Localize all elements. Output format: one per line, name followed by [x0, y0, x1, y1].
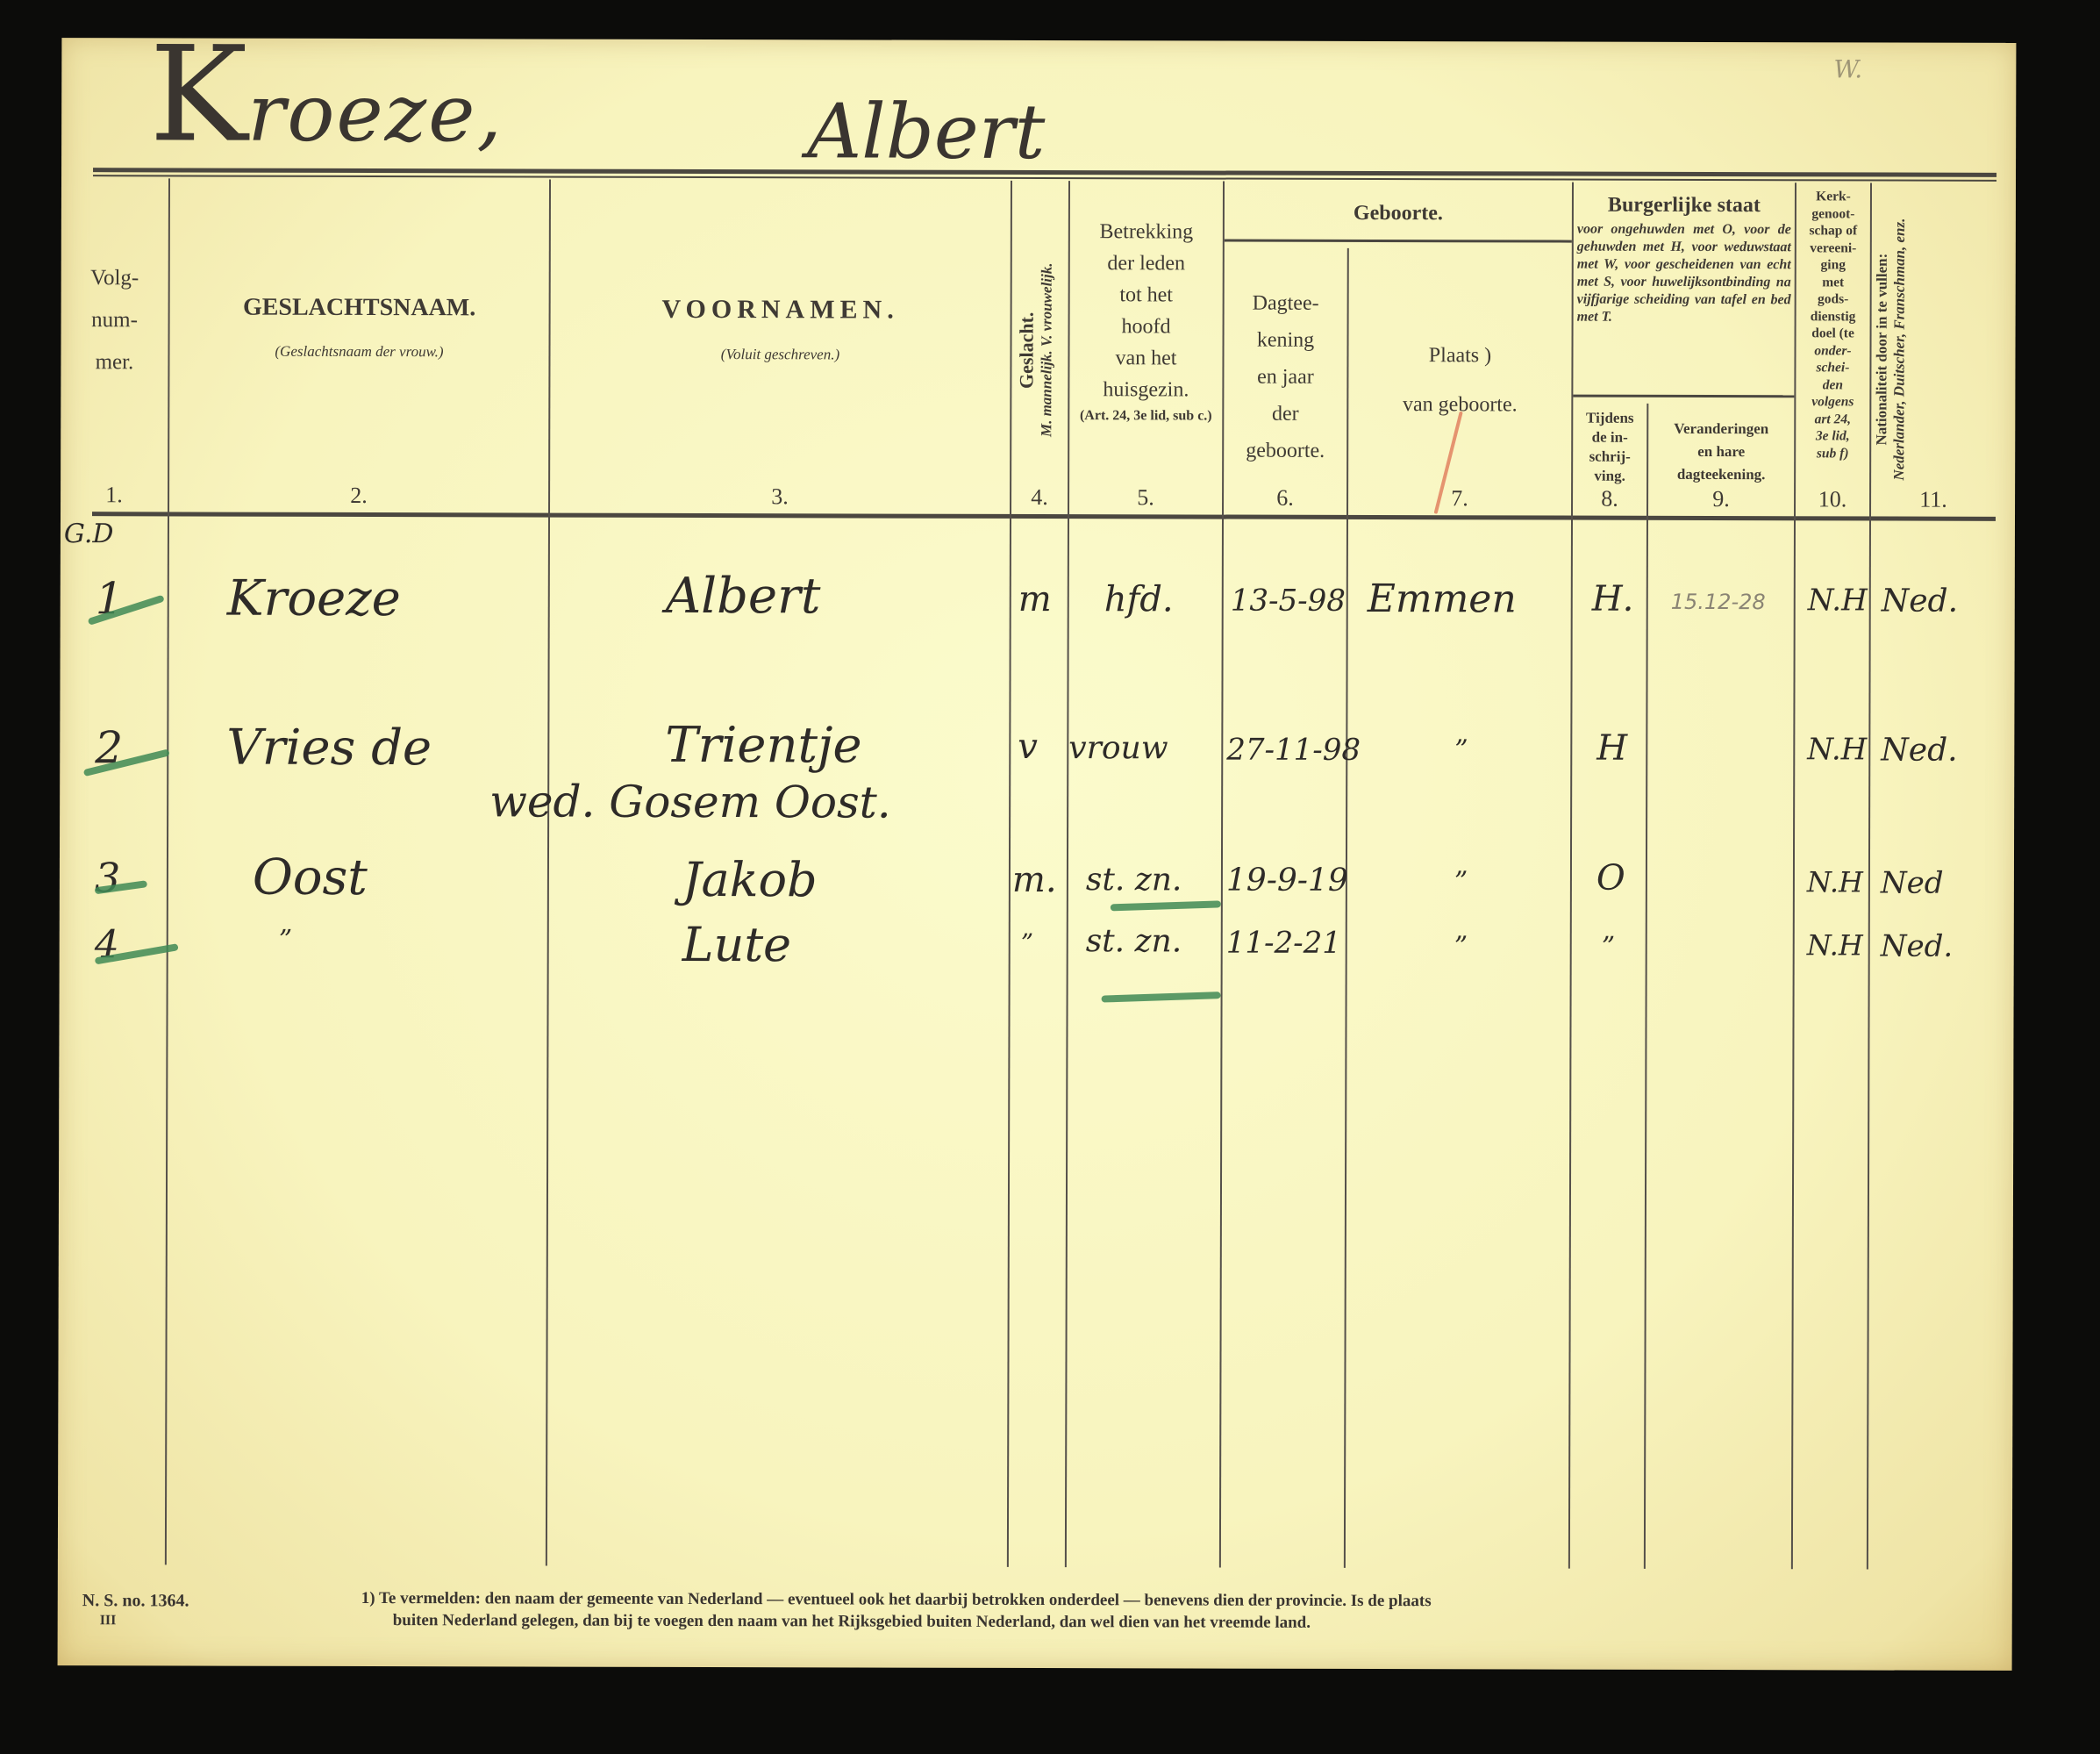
card-surname: Kroeze,: [149, 29, 504, 161]
row-given-name: Jakob: [682, 852, 818, 907]
header-line: en hare: [1648, 440, 1794, 463]
row-relation: hfd.: [1104, 579, 1174, 619]
header-subtitle: (Voluit geschreven.): [550, 346, 1010, 364]
header-dagteekening: Dagtee- kening en jaar der geboorte.: [1224, 285, 1347, 469]
row-number: 3: [95, 854, 120, 901]
header-line: art 24,: [1796, 411, 1869, 428]
surname-rest: roeze,: [247, 68, 504, 161]
header-line: gods-: [1796, 290, 1870, 308]
table-row: 2 Vries de Trientje wed. Gosem Oost. v v…: [60, 705, 1995, 850]
header-geslachtsnaam: GESLACHTSNAAM. (Geslachtsnaam der vrouw.…: [169, 292, 548, 361]
row-sex: ”: [1021, 928, 1033, 957]
colnum-11: 11.: [1871, 486, 1996, 512]
colnum-10: 10.: [1796, 486, 1869, 512]
row-relation: vrouw: [1068, 730, 1168, 766]
row-religion: N.H: [1807, 928, 1863, 962]
table-row: 3 Oost Jakob m. st. zn. 19-9-19 ” O N.H …: [60, 845, 1995, 920]
header-line: Betrekking: [1070, 216, 1223, 247]
header-veranderingen: Veranderingen en hare dagteekening.: [1648, 418, 1794, 486]
header-subtitle: (Geslachtsnaam der vrouw.): [169, 342, 548, 361]
margin-note: G.D: [64, 519, 114, 549]
header-line: doel (te: [1796, 325, 1870, 342]
row-given-name: Trientje: [665, 717, 861, 775]
header-line: volgens: [1796, 393, 1869, 411]
row-religion: N.H: [1807, 865, 1863, 898]
header-line: den: [1796, 376, 1869, 394]
header-line: ging: [1796, 256, 1870, 274]
header-line: en jaar: [1224, 359, 1346, 396]
header-line: van het: [1069, 342, 1222, 374]
table-row: 1 Kroeze Albert m hfd. 13-5-98 Emmen H. …: [61, 555, 1996, 666]
header-nationaliteit: Nationaliteit door in te vullen: Nederla…: [1873, 191, 1996, 507]
header-kerkgenootschap: Kerk- genoot- schap of vereeni- ging met…: [1796, 188, 1870, 462]
header-line: mer.: [61, 341, 168, 383]
footnote: 1) Te vermelden: den naam der gemeente v…: [361, 1588, 1853, 1636]
header-line: schrij-: [1573, 447, 1646, 467]
header-line: vereeni-: [1796, 240, 1870, 257]
row-sex: m: [1018, 579, 1052, 619]
row-status-at-registration: H.: [1592, 579, 1634, 619]
header-title: Nationaliteit door in te vullen:: [1873, 191, 1891, 507]
header-line: schei-: [1796, 359, 1869, 376]
header-tijdens-inschrijving: Tijdens de in- schrij- ving.: [1573, 409, 1646, 486]
header-line: Dagtee-: [1225, 285, 1347, 322]
header-line: Tijdens: [1573, 409, 1646, 428]
header-line: genoot-: [1796, 205, 1870, 223]
green-underline-mark: [1101, 992, 1220, 1002]
row-given-name: Albert: [666, 568, 821, 625]
row-status-changes: 15.12-28: [1671, 590, 1766, 614]
row-status-at-registration: ”: [1602, 932, 1615, 963]
header-title: VOORNAMEN.: [551, 294, 1011, 326]
row-sex: m.: [1012, 860, 1057, 900]
footnote-line: buiten Nederland gelegen, dan bij te voe…: [361, 1610, 1853, 1636]
header-line: Kerk-: [1796, 188, 1870, 205]
geboorte-group-rule: [1225, 240, 1572, 243]
header-line: Veranderingen: [1648, 418, 1794, 440]
surname-initial: K: [149, 18, 248, 171]
row-birthdate: 19-9-19: [1226, 863, 1348, 898]
row-birthplace: ”: [1454, 734, 1468, 765]
row-relation: st. zn.: [1086, 862, 1182, 898]
colnum-9: 9.: [1648, 486, 1794, 512]
row-nationality: Ned.: [1882, 583, 1958, 619]
colnum-6: 6.: [1224, 485, 1346, 512]
row-birthplace: Emmen: [1368, 576, 1517, 621]
header-subtitle: Nederlander, Duitscher, Franschman, enz.: [1890, 192, 1892, 508]
row-religion: N.H: [1808, 583, 1868, 618]
header-line: met: [1796, 274, 1870, 291]
header-line: Volg-: [61, 257, 168, 299]
form-identifier: N. S. no. 1364. III: [82, 1589, 189, 1630]
row-surname: Vries de: [226, 719, 432, 777]
header-subtitle: M. mannelijk. V. vrouwelijk.: [1038, 188, 1056, 512]
row-status-at-registration: O: [1596, 858, 1625, 898]
colnum-1: 1.: [61, 482, 168, 508]
card-given-name: Albert: [807, 88, 1045, 176]
header-note: (Art. 24, 3e lid, sub c.): [1069, 405, 1222, 426]
header-line: dienstig: [1796, 308, 1870, 326]
row-birthplace: ”: [1454, 931, 1468, 962]
header-line: tot het: [1070, 279, 1223, 311]
header-title: GESLACHTSNAAM.: [170, 292, 549, 322]
header-line: 3e lid,: [1796, 427, 1869, 445]
colnum-4: 4.: [1011, 484, 1068, 511]
header-line: huisgezin.: [1069, 374, 1222, 405]
header-volgnummer: Volg- num- mer.: [61, 257, 168, 383]
colnum-8: 8.: [1573, 486, 1646, 512]
header-line: onder-: [1796, 342, 1869, 360]
green-underline-mark: [1111, 900, 1221, 911]
header-line: hoofd: [1070, 311, 1223, 342]
row-relation: st. zn.: [1086, 923, 1182, 959]
row-nationality: Ned.: [1881, 929, 1954, 964]
corner-mark: W.: [1833, 54, 1862, 83]
colnum-3: 3.: [550, 483, 1010, 511]
header-geslacht: Geslacht. M. mannelijk. V. vrouwelijk.: [1015, 188, 1065, 512]
header-line: schap of: [1796, 222, 1870, 240]
row-surname: Kroeze: [227, 570, 401, 628]
row-surname: ”: [279, 925, 292, 956]
registration-card: Kroeze, Albert W. Volg- num- mer. GESLAC…: [58, 38, 2017, 1671]
burgerlijke-group-rule: [1573, 395, 1794, 398]
header-line: geboorte.: [1224, 433, 1346, 469]
table-row: 4 ” Lute ” st. zn. 11-2-21 ” ” N.H Ned.: [60, 915, 1995, 991]
header-line: dagteekening.: [1648, 463, 1794, 486]
row-given-name: Lute: [682, 917, 791, 972]
row-birthplace: ”: [1454, 866, 1468, 897]
row-birthdate: 11-2-21: [1226, 926, 1341, 961]
header-line: de in-: [1573, 428, 1646, 447]
header-line: sub f): [1796, 445, 1869, 462]
row-given-name-note: wed. Gosem Oost.: [489, 776, 891, 827]
row-religion: N.H: [1807, 732, 1867, 767]
header-description: voor ongehuwden met O, voor de gehuwden …: [1577, 221, 1791, 327]
row-nationality: Ned.: [1881, 733, 1957, 769]
header-burgerlijke-staat: Burgerlijke staat voor ongehuwden met O,…: [1577, 193, 1791, 327]
header-line: ving.: [1573, 467, 1646, 486]
row-status-at-registration: H: [1596, 728, 1627, 769]
header-line: Plaats ): [1348, 331, 1571, 381]
column-number-rule: [92, 512, 1996, 521]
row-sex: v: [1018, 727, 1038, 767]
row-surname: Oost: [253, 849, 368, 906]
header-line: der leden: [1070, 247, 1223, 279]
row-nationality: Ned: [1881, 866, 1944, 901]
header-betrekking: Betrekking der leden tot het hoofd van h…: [1069, 216, 1223, 426]
colnum-5: 5.: [1069, 484, 1222, 511]
form-sub: III: [82, 1612, 189, 1630]
header-title: Geslacht.: [1015, 188, 1039, 512]
header-line: num-: [61, 299, 168, 341]
row-birthdate: 13-5-98: [1231, 583, 1346, 619]
colnum-7: 7.: [1348, 485, 1571, 512]
row-birthdate: 27-11-98: [1226, 733, 1361, 768]
header-geboorte-group: Geboorte.: [1225, 201, 1572, 226]
header-title: Burgerlijke staat: [1577, 193, 1791, 218]
header-voornamen: VOORNAMEN. (Voluit geschreven.): [550, 294, 1010, 365]
header-line: der: [1224, 396, 1346, 433]
header-line: kening: [1224, 322, 1346, 359]
colnum-2: 2.: [169, 482, 548, 509]
form-id: N. S. no. 1364.: [82, 1589, 189, 1612]
